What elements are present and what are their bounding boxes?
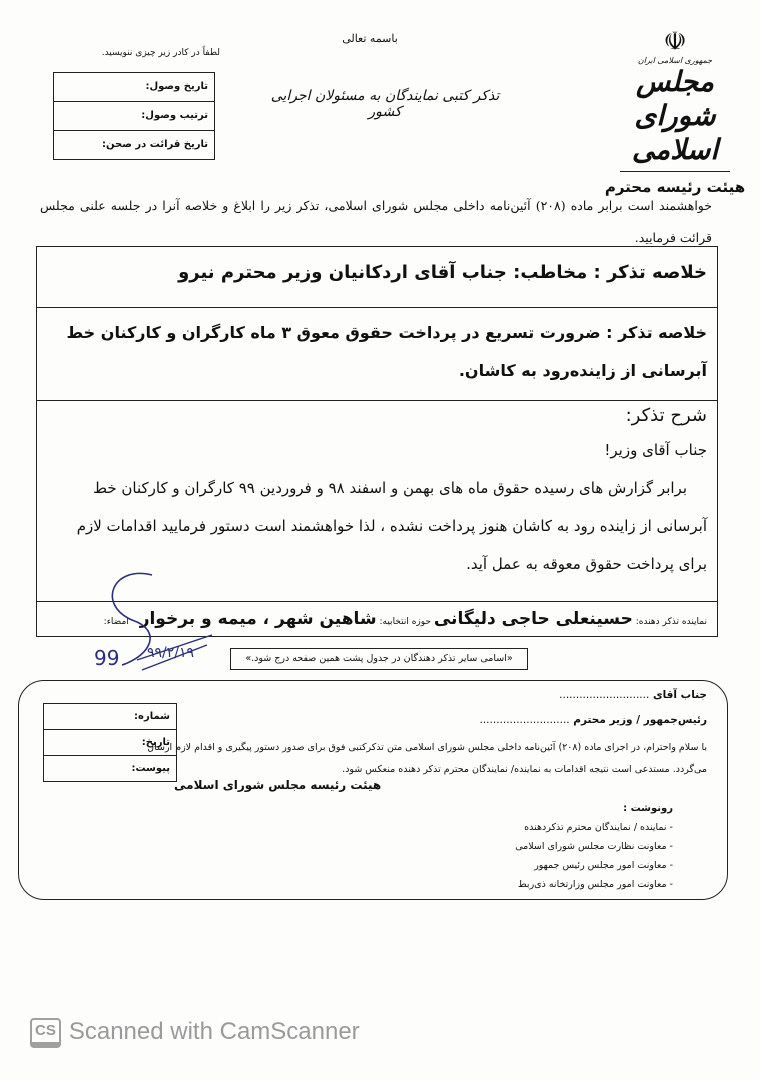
ref-date-field: تاریخ: (44, 730, 176, 756)
svg-text:99: 99 (94, 646, 119, 670)
cc-item: - معاونت امور مجلس وزارتخانه ذی‌ربط (515, 875, 673, 894)
rep-name: حسینعلی حاجی دلیگانی (434, 609, 633, 629)
camscanner-watermark: CSScanned with CamScanner (30, 1018, 360, 1048)
referral-to-mr: جناب آقای ........................... (559, 689, 707, 701)
cc-title: رونوشت : (515, 799, 673, 818)
referral-signature: هیئت رئیسه مجلس شورای اسلامی (174, 778, 381, 792)
majlis-calligraphy: مجلس شورای اسلامی (600, 65, 750, 167)
bismillah-heading: باسمه تعالی (330, 32, 410, 45)
summary-row: خلاصه تذکر : ضرورت تسریع در پرداخت حقوق … (37, 308, 717, 401)
cc-list: رونوشت : - نماینده / نمایندگان محترم تذک… (515, 799, 673, 894)
signature-date: ۹۹/۲/۱۹ (147, 645, 194, 661)
explanation-heading: شرح تذکر: (47, 401, 707, 431)
cc-item: - معاونت امور مجلس رئیس جمهور (515, 856, 673, 875)
republic-label: جمهوری اسلامی ایران (600, 56, 750, 65)
logo-divider (620, 171, 730, 172)
ref-attachment-field: پیوست: (44, 756, 176, 781)
majlis-logo: ☫ جمهوری اسلامی ایران مجلس شورای اسلامی … (600, 28, 750, 196)
receipt-note: لطفاً در کادر زیر چیزی ننویسید. (60, 48, 220, 58)
addressee-row: خلاصه تذکر : مخاطب: جناب آقای اردکانیان … (37, 247, 717, 308)
district-label: حوزه انتخابیه: (379, 617, 431, 627)
handwritten-signature-icon: ۹۹/۲/۱۹ 99 (92, 565, 222, 680)
receipt-order-field: ترتیب وصول: (54, 102, 214, 131)
cc-item: - معاونت نظارت مجلس شورای اسلامی (515, 837, 673, 856)
referral-box: جناب آقای ........................... رئ… (18, 680, 728, 900)
receipt-box: تاریخ وصول: ترتیب وصول: تاریخ قرائت در ص… (53, 72, 215, 160)
iran-emblem-icon: ☫ (600, 28, 750, 56)
salutation: جناب آقای وزیر! (47, 431, 707, 469)
other-signers-note: «اسامی سایر تذکر دهندگان در جدول پشت همی… (230, 648, 528, 670)
cc-item: - نماینده / نمایندگان محترم تذکردهنده (515, 818, 673, 837)
referral-body: با سلام واحترام، در اجرای ماده (۲۰۸) آئی… (147, 737, 707, 781)
reference-box: شماره: تاریخ: پیوست: (43, 703, 177, 782)
rep-label: نماینده تذکر دهنده: (636, 617, 707, 627)
receipt-date-field: تاریخ وصول: (54, 73, 214, 102)
reading-date-field: تاریخ قرائت در صحن: (54, 131, 214, 159)
watermark-text: Scanned with CamScanner (69, 1018, 360, 1045)
intro-paragraph: خواهشمند است برابر ماده (۲۰۸) آئین‌نامه … (40, 190, 712, 254)
camscanner-logo-icon: CS (30, 1018, 61, 1048)
document-title: تذکر کتبی نمایندگان به مسئولان اجرایی کش… (270, 88, 500, 120)
referral-to-minister: رئیس‌جمهور / وزیر محترم ................… (480, 714, 708, 726)
ref-number-field: شماره: (44, 704, 176, 730)
